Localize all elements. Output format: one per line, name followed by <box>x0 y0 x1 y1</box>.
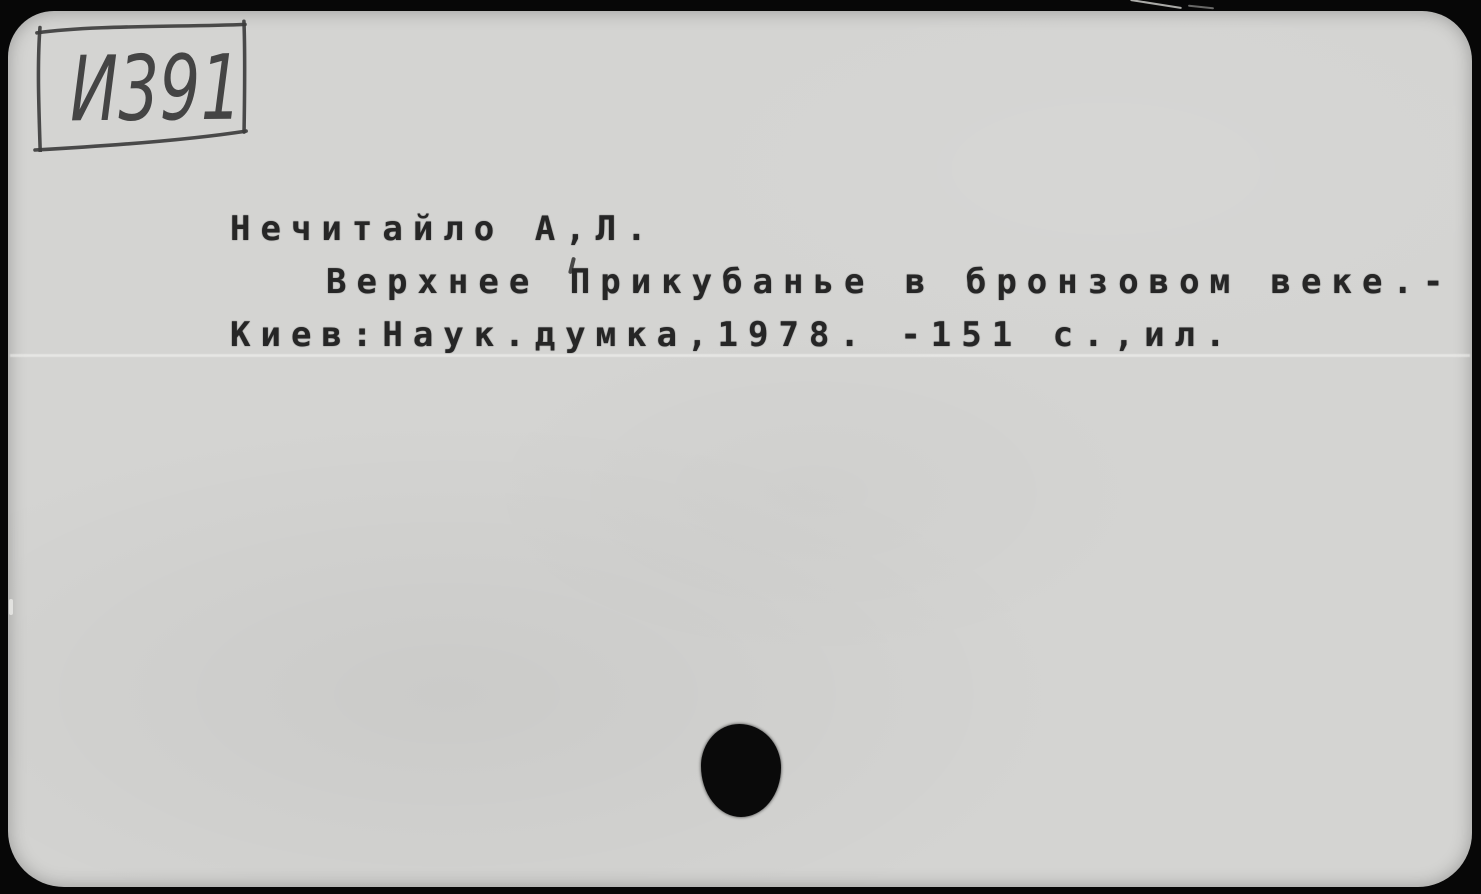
hand-drawn-box-icon: И391 <box>27 14 254 152</box>
card-edge-glint <box>9 599 13 615</box>
photo-glare-streak <box>1130 0 1182 9</box>
title-line: Верхнее Прикубанье в бронзовом веке.- <box>230 256 1481 309</box>
photo-glare-streak <box>1188 5 1214 10</box>
hole-punch-dot <box>701 724 781 817</box>
catalog-card: И391 Нечитайло А,Л. Верхнее Прикубанье в… <box>8 11 1472 887</box>
bibliographic-entry: Нечитайло А,Л. Верхнее Прикубанье в брон… <box>230 203 1481 362</box>
scan-scratch-line <box>10 354 1470 357</box>
call-number-text: И391 <box>69 36 242 143</box>
author-line: Нечитайло А,Л. <box>230 203 1481 256</box>
call-number-box: И391 <box>27 14 254 152</box>
scanned-photo-background: { "catalog_card": { "call_number": "И391… <box>0 0 1481 894</box>
